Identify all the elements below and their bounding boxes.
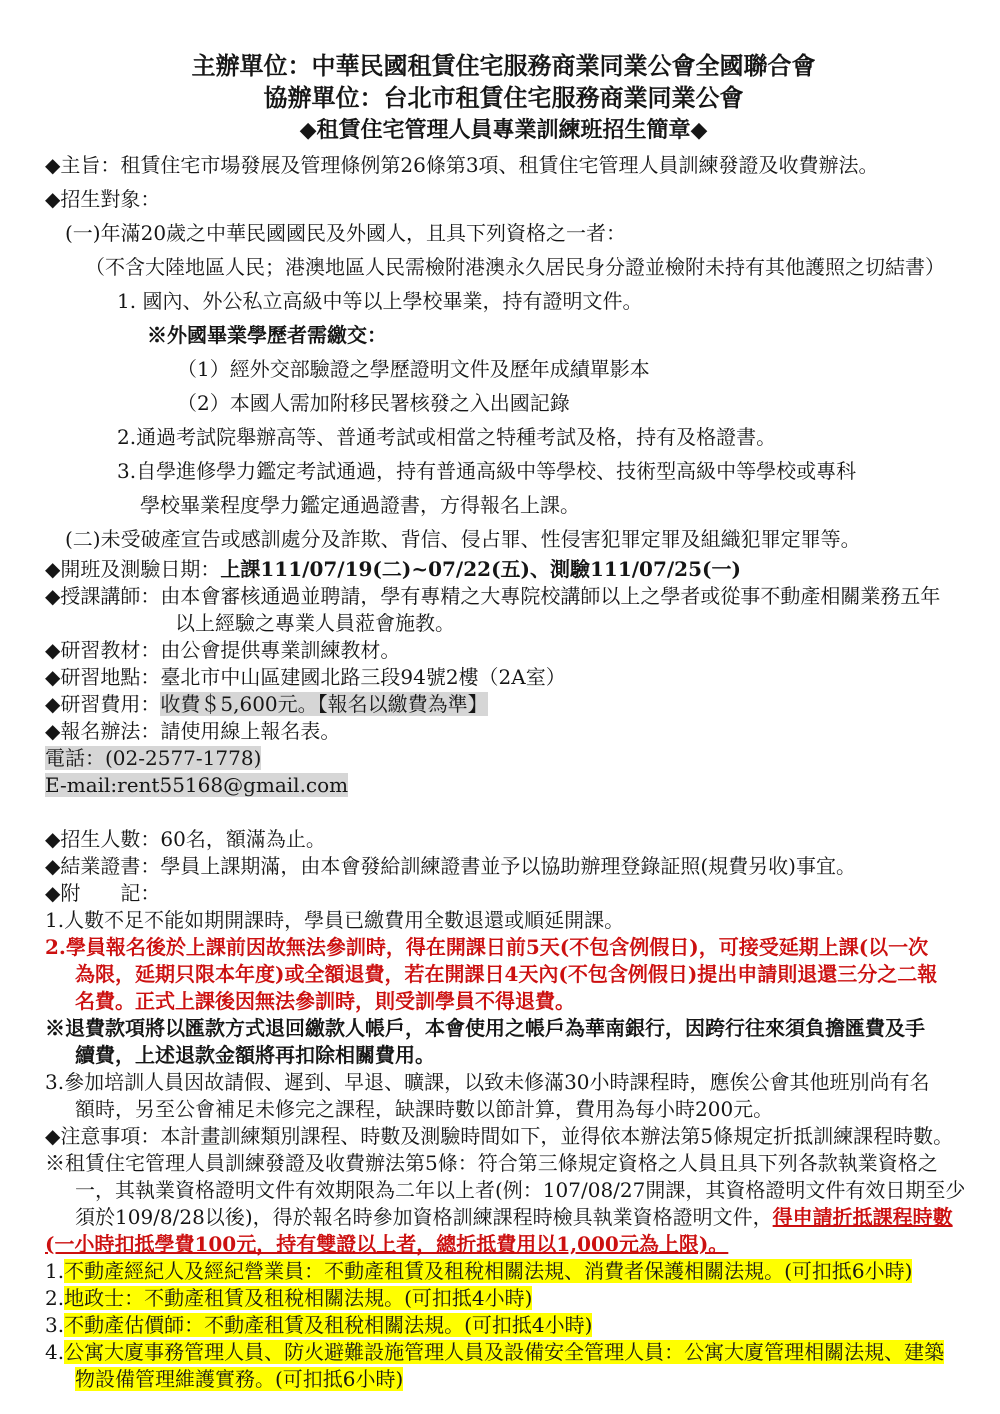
rule5-line2: 一，其執業資格證明文件有效期限為二年以上者(例：107/08/27開課，其資格證… <box>45 1177 962 1204</box>
eligibility-item1-note: （不含大陸地區人民；港澳地區人民需檢附港澳永久居民身分證並檢附未持有其他護照之切… <box>45 250 962 284</box>
phone-value: 電話：(02-2577-1778) <box>45 746 261 770</box>
email-line: E-mail:rent55168@gmail.com <box>45 772 962 799</box>
foreign-requirement-2: （2）本國人需加附移民署核發之入出國記錄 <box>45 386 962 420</box>
note-1: 1.人數不足不能如期開課時，學員已繳費用全數退還或順延開課。 <box>45 907 962 934</box>
credit-2-number: 2. <box>45 1286 64 1310</box>
eligibility-item2: (二)未受破產宣告或感訓處分及詐欺、背信、侵占罪、性侵害犯罪定罪及組織犯罪定罪等… <box>45 522 962 556</box>
document-header: 主辦單位：中華民國租賃住宅服務商業同業公會全國聯合會 協辦單位：台北市租賃住宅服… <box>45 50 962 146</box>
credit-item-1: 1.不動產經紀人及經紀營業員：不動產租賃及租稅相關法規、消費者保護相關法規。(可… <box>45 1258 962 1285</box>
refund-note-line2: 續費，上述退款金額將再扣除相關費用。 <box>45 1042 962 1069</box>
training-class-notice-document: 主辦單位：中華民國租賃住宅服務商業同業公會全國聯合會 協辦單位：台北市租賃住宅服… <box>0 0 1000 1414</box>
refund-note-line1: ※退費款項將以匯款方式退回繳款人帳戶，本會使用之帳戶為華南銀行，因跨行往來須負擔… <box>45 1015 962 1042</box>
rule5-line3-black: 須於109/8/28以後)，得於報名時參加資格訓練課程時檢具執業資格證明文件， <box>75 1205 773 1229</box>
quota-line: ◆招生人數：60名，額滿為止。 <box>45 826 962 853</box>
email-value: E-mail:rent55168@gmail.com <box>45 773 348 797</box>
credit-item-2: 2.地政士：不動產租賃及租稅相關法規。(可扣抵4小時) <box>45 1285 962 1312</box>
credit-1-number: 1. <box>45 1259 64 1283</box>
credit-1-text: 不動產經紀人及經紀營業員：不動產租賃及租稅相關法規、消費者保護相關法規。(可扣抵… <box>64 1259 912 1283</box>
document-title: ◆租賃住宅管理人員專業訓練班招生簡章◆ <box>45 114 962 146</box>
target-header-line: ◆招生對象： <box>45 182 962 216</box>
credit-item-3: 3.不動產估價師：不動產租賃及租稅相關法規。(可扣抵4小時) <box>45 1312 962 1339</box>
schedule-line: ◆開班及測驗日期：上課111/07/19(二)~07/22(五)、測驗111/0… <box>45 556 962 583</box>
rule5-line4-red: (一小時扣抵學費100元，持有雙證以上者，總折抵費用以1,000元為上限)。 <box>45 1232 728 1256</box>
co-organizer-line: 協辦單位：台北市租賃住宅服務商業同業公會 <box>45 82 962 114</box>
schedule-value: 上課111/07/19(二)~07/22(五)、測驗111/07/25(一) <box>220 557 741 581</box>
registration-line: ◆報名辦法：請使用線上報名表。 <box>45 718 962 745</box>
note-2-line3: 名費。正式上課後因無法參訓時，則受訓學員不得退費。 <box>45 988 962 1015</box>
credit-3-text: 不動產估價師：不動產租賃及租稅相關法規。(可扣抵4小時) <box>64 1313 592 1337</box>
rule5-line4: (一小時扣抵學費100元，持有雙證以上者，總折抵費用以1,000元為上限)。 <box>45 1231 962 1258</box>
note-3-line1: 3.參加培訓人員因故請假、遲到、早退、曠課，以致未修滿30小時課程時，應俟公會其… <box>45 1069 962 1096</box>
note-2-line2: 為限，延期只限本年度)或全額退費，若在開課日4天內(不包含例假日)提出申請則退還… <box>45 961 962 988</box>
credit-2-text: 地政士：不動產租賃及租稅相關法規。(可扣抵4小時) <box>64 1286 532 1310</box>
eligibility-item1: (一)年滿20歲之中華民國國民及外國人，且具下列資格之一者： <box>45 216 962 250</box>
notes-header-line: ◆附 記： <box>45 880 962 907</box>
lecturer-line2: 以上經驗之專業人員蒞會施教。 <box>45 610 962 637</box>
phone-line: 電話：(02-2577-1778) <box>45 745 962 772</box>
eligibility-section: ◆主旨：租賃住宅市場發展及管理條例第26條第3項、租賃住宅管理人員訓練發證及收費… <box>45 148 962 556</box>
purpose-line: ◆主旨：租賃住宅市場發展及管理條例第26條第3項、租賃住宅管理人員訓練發證及收費… <box>45 148 962 182</box>
qualification-1: 1. 國內、外公私立高級中等以上學校畢業，持有證明文件。 <box>45 284 962 318</box>
schedule-label: ◆開班及測驗日期： <box>45 557 220 581</box>
credit-item-4-line2: 物設備管理維護實務。(可扣抵6小時) <box>45 1366 962 1393</box>
fee-value: 收費＄5,600元。【報名以繳費為準】 <box>160 692 487 716</box>
lecturer-line1: ◆授課講師：由本會審核通過並聘請，學有專精之大專院校講師以上之學者或從事不動產相… <box>45 583 962 610</box>
note-2-line1: 2.學員報名後於上課前因故無法參訓時，得在開課日前5天(不包含例假日)，可接受延… <box>45 934 962 961</box>
attention-line: ◆注意事項：本計畫訓練類別課程、時數及測驗時間如下，並得依本辦法第5條規定折抵訓… <box>45 1123 962 1150</box>
credit-3-number: 3. <box>45 1313 64 1337</box>
materials-line: ◆研習教材：由公會提供專業訓練教材。 <box>45 637 962 664</box>
blank-spacer <box>45 799 962 826</box>
qualification-3-line2: 學校畢業程度學力鑑定通過證書，方得報名上課。 <box>45 488 962 522</box>
foreign-requirement-1: （1）經外交部驗證之學歷證明文件及歷年成績單影本 <box>45 352 962 386</box>
fee-label: ◆研習費用： <box>45 692 160 716</box>
qualification-2: 2.通過考試院舉辦高等、普通考試或相當之特種考試及格，持有及格證書。 <box>45 420 962 454</box>
certificate-line: ◆結業證書：學員上課期滿，由本會發給訓練證書並予以協助辦理登錄証照(規費另收)事… <box>45 853 962 880</box>
rule5-line3: 須於109/8/28以後)，得於報名時參加資格訓練課程時檢具執業資格證明文件，得… <box>45 1204 962 1231</box>
qualification-3-line1: 3.自學進修學力鑑定考試通過，持有普通高級中等學校、技術型高級中等學校或專科 <box>45 454 962 488</box>
credit-item-4-line1: 4.公寓大廈事務管理人員、防火避難設施管理人員及設備安全管理人員：公寓大廈管理相… <box>45 1339 962 1366</box>
fee-line: ◆研習費用：收費＄5,600元。【報名以繳費為準】 <box>45 691 962 718</box>
credit-4-cont-text: 物設備管理維護實務。(可扣抵6小時) <box>75 1367 403 1391</box>
rule5-line3-red: 得申請折抵課程時數 <box>773 1205 953 1229</box>
foreign-diploma-header: ※外國畢業學歷者需繳交： <box>45 318 962 352</box>
location-line: ◆研習地點：臺北市中山區建國北路三段94號2樓（2A室） <box>45 664 962 691</box>
organizer-line: 主辦單位：中華民國租賃住宅服務商業同業公會全國聯合會 <box>45 50 962 82</box>
note-3-line2: 額時，另至公會補足未修完之課程，缺課時數以節計算，費用為每小時200元。 <box>45 1096 962 1123</box>
rule5-line1: ※租賃住宅管理人員訓練發證及收費辦法第5條：符合第三條規定資格之人員且具下列各款… <box>45 1150 962 1177</box>
course-info-section: ◆開班及測驗日期：上課111/07/19(二)~07/22(五)、測驗111/0… <box>45 556 962 1393</box>
credit-4-text: 公寓大廈事務管理人員、防火避難設施管理人員及設備安全管理人員：公寓大廈管理相關法… <box>64 1340 944 1364</box>
credit-4-number: 4. <box>45 1340 64 1364</box>
